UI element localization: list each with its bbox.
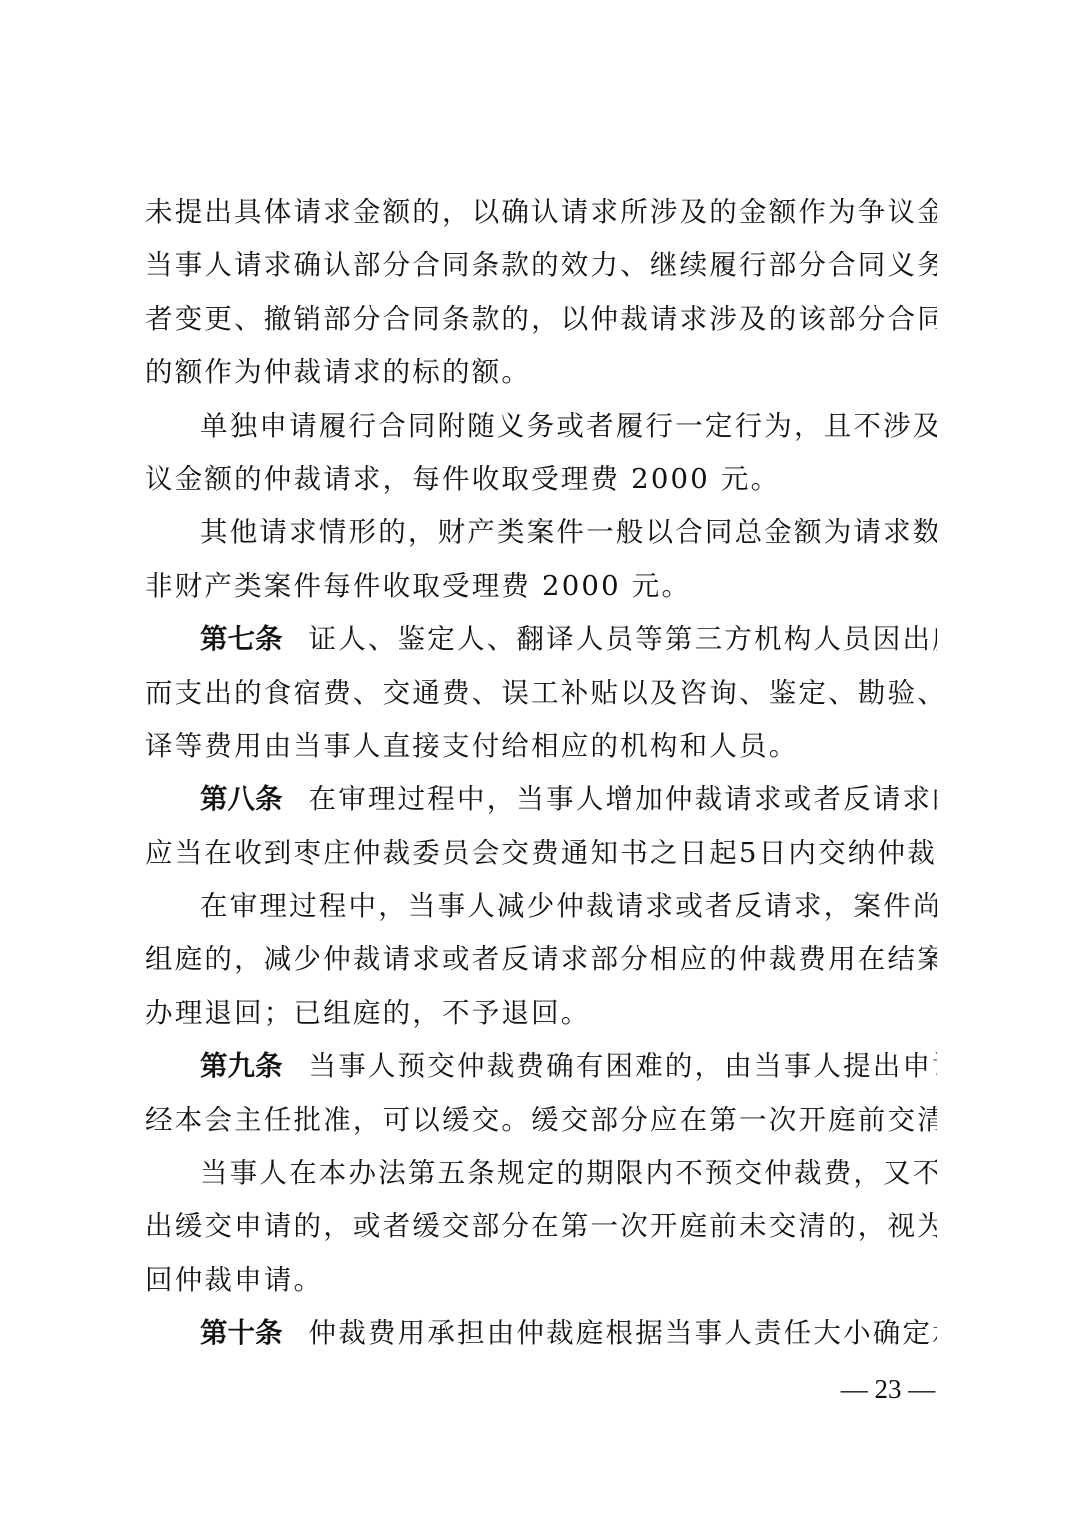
paragraph-line: 当事人在本办法第五条规定的期限内不预交仲裁费，又不提 — [145, 1147, 937, 1200]
paragraph-line: 未提出具体请求金额的，以确认请求所涉及的金额作为争议金额； — [145, 186, 937, 239]
paragraph-line: 经本会主任批准，可以缓交。缓交部分应在第一次开庭前交清。 — [145, 1094, 937, 1147]
article-10-line: 第十条仲裁费用承担由仲裁庭根据当事人责任大小确定承 — [145, 1307, 937, 1360]
paragraph-line: 者变更、撤销部分合同条款的，以仲裁请求涉及的该部分合同标 — [145, 293, 937, 346]
article-7-line: 第七条证人、鉴定人、翻译人员等第三方机构人员因出庭 — [145, 613, 937, 666]
page-number: — 23 — — [838, 1374, 938, 1405]
article-9-heading: 第九条 — [200, 1050, 283, 1082]
paragraph-line: 出缓交申请的，或者缓交部分在第一次开庭前未交清的，视为撤 — [145, 1200, 937, 1253]
article-9-line: 第九条当事人预交仲裁费确有困难的，由当事人提出申请， — [145, 1040, 937, 1093]
paragraph-line: 应当在收到枣庄仲裁委员会交费通知书之日起5日内交纳仲裁费。 — [145, 827, 937, 880]
article-9-text: 当事人预交仲裁费确有困难的，由当事人提出申请， — [309, 1050, 938, 1082]
paragraph-line: 在审理过程中，当事人减少仲裁请求或者反请求，案件尚未 — [145, 880, 937, 933]
paragraph-line: 办理退回；已组庭的，不予退回。 — [145, 987, 937, 1040]
paragraph-line: 组庭的，减少仲裁请求或者反请求部分相应的仲裁费用在结案时 — [145, 933, 937, 986]
article-10-heading: 第十条 — [200, 1317, 283, 1349]
paragraph-line: 译等费用由当事人直接支付给相应的机构和人员。 — [145, 720, 937, 773]
paragraph-line: 回仲裁申请。 — [145, 1254, 937, 1307]
paragraph-line: 非财产类案件每件收取受理费 2000 元。 — [145, 560, 937, 613]
paragraph-line: 当事人请求确认部分合同条款的效力、继续履行部分合同义务或 — [145, 239, 937, 292]
article-8-line: 第八条在审理过程中，当事人增加仲裁请求或者反请求的， — [145, 773, 937, 826]
article-10-text: 仲裁费用承担由仲裁庭根据当事人责任大小确定承 — [309, 1317, 938, 1349]
paragraph-line: 议金额的仲裁请求，每件收取受理费 2000 元。 — [145, 453, 937, 506]
document-page: 未提出具体请求金额的，以确认请求所涉及的金额作为争议金额； 当事人请求确认部分合… — [0, 0, 1074, 1520]
paragraph-line: 的额作为仲裁请求的标的额。 — [145, 346, 937, 399]
article-7-text: 证人、鉴定人、翻译人员等第三方机构人员因出庭 — [309, 623, 938, 655]
document-body: 未提出具体请求金额的，以确认请求所涉及的金额作为争议金额； 当事人请求确认部分合… — [145, 186, 937, 1361]
paragraph-line: 而支出的食宿费、交通费、误工补贴以及咨询、鉴定、勘验、翻 — [145, 667, 937, 720]
article-8-heading: 第八条 — [200, 783, 283, 815]
paragraph-line: 其他请求情形的，财产类案件一般以合同总金额为请求数额， — [145, 506, 937, 559]
article-8-text: 在审理过程中，当事人增加仲裁请求或者反请求的， — [309, 783, 938, 815]
article-7-heading: 第七条 — [200, 623, 283, 655]
paragraph-line: 单独申请履行合同附随义务或者履行一定行为，且不涉及争 — [145, 400, 937, 453]
